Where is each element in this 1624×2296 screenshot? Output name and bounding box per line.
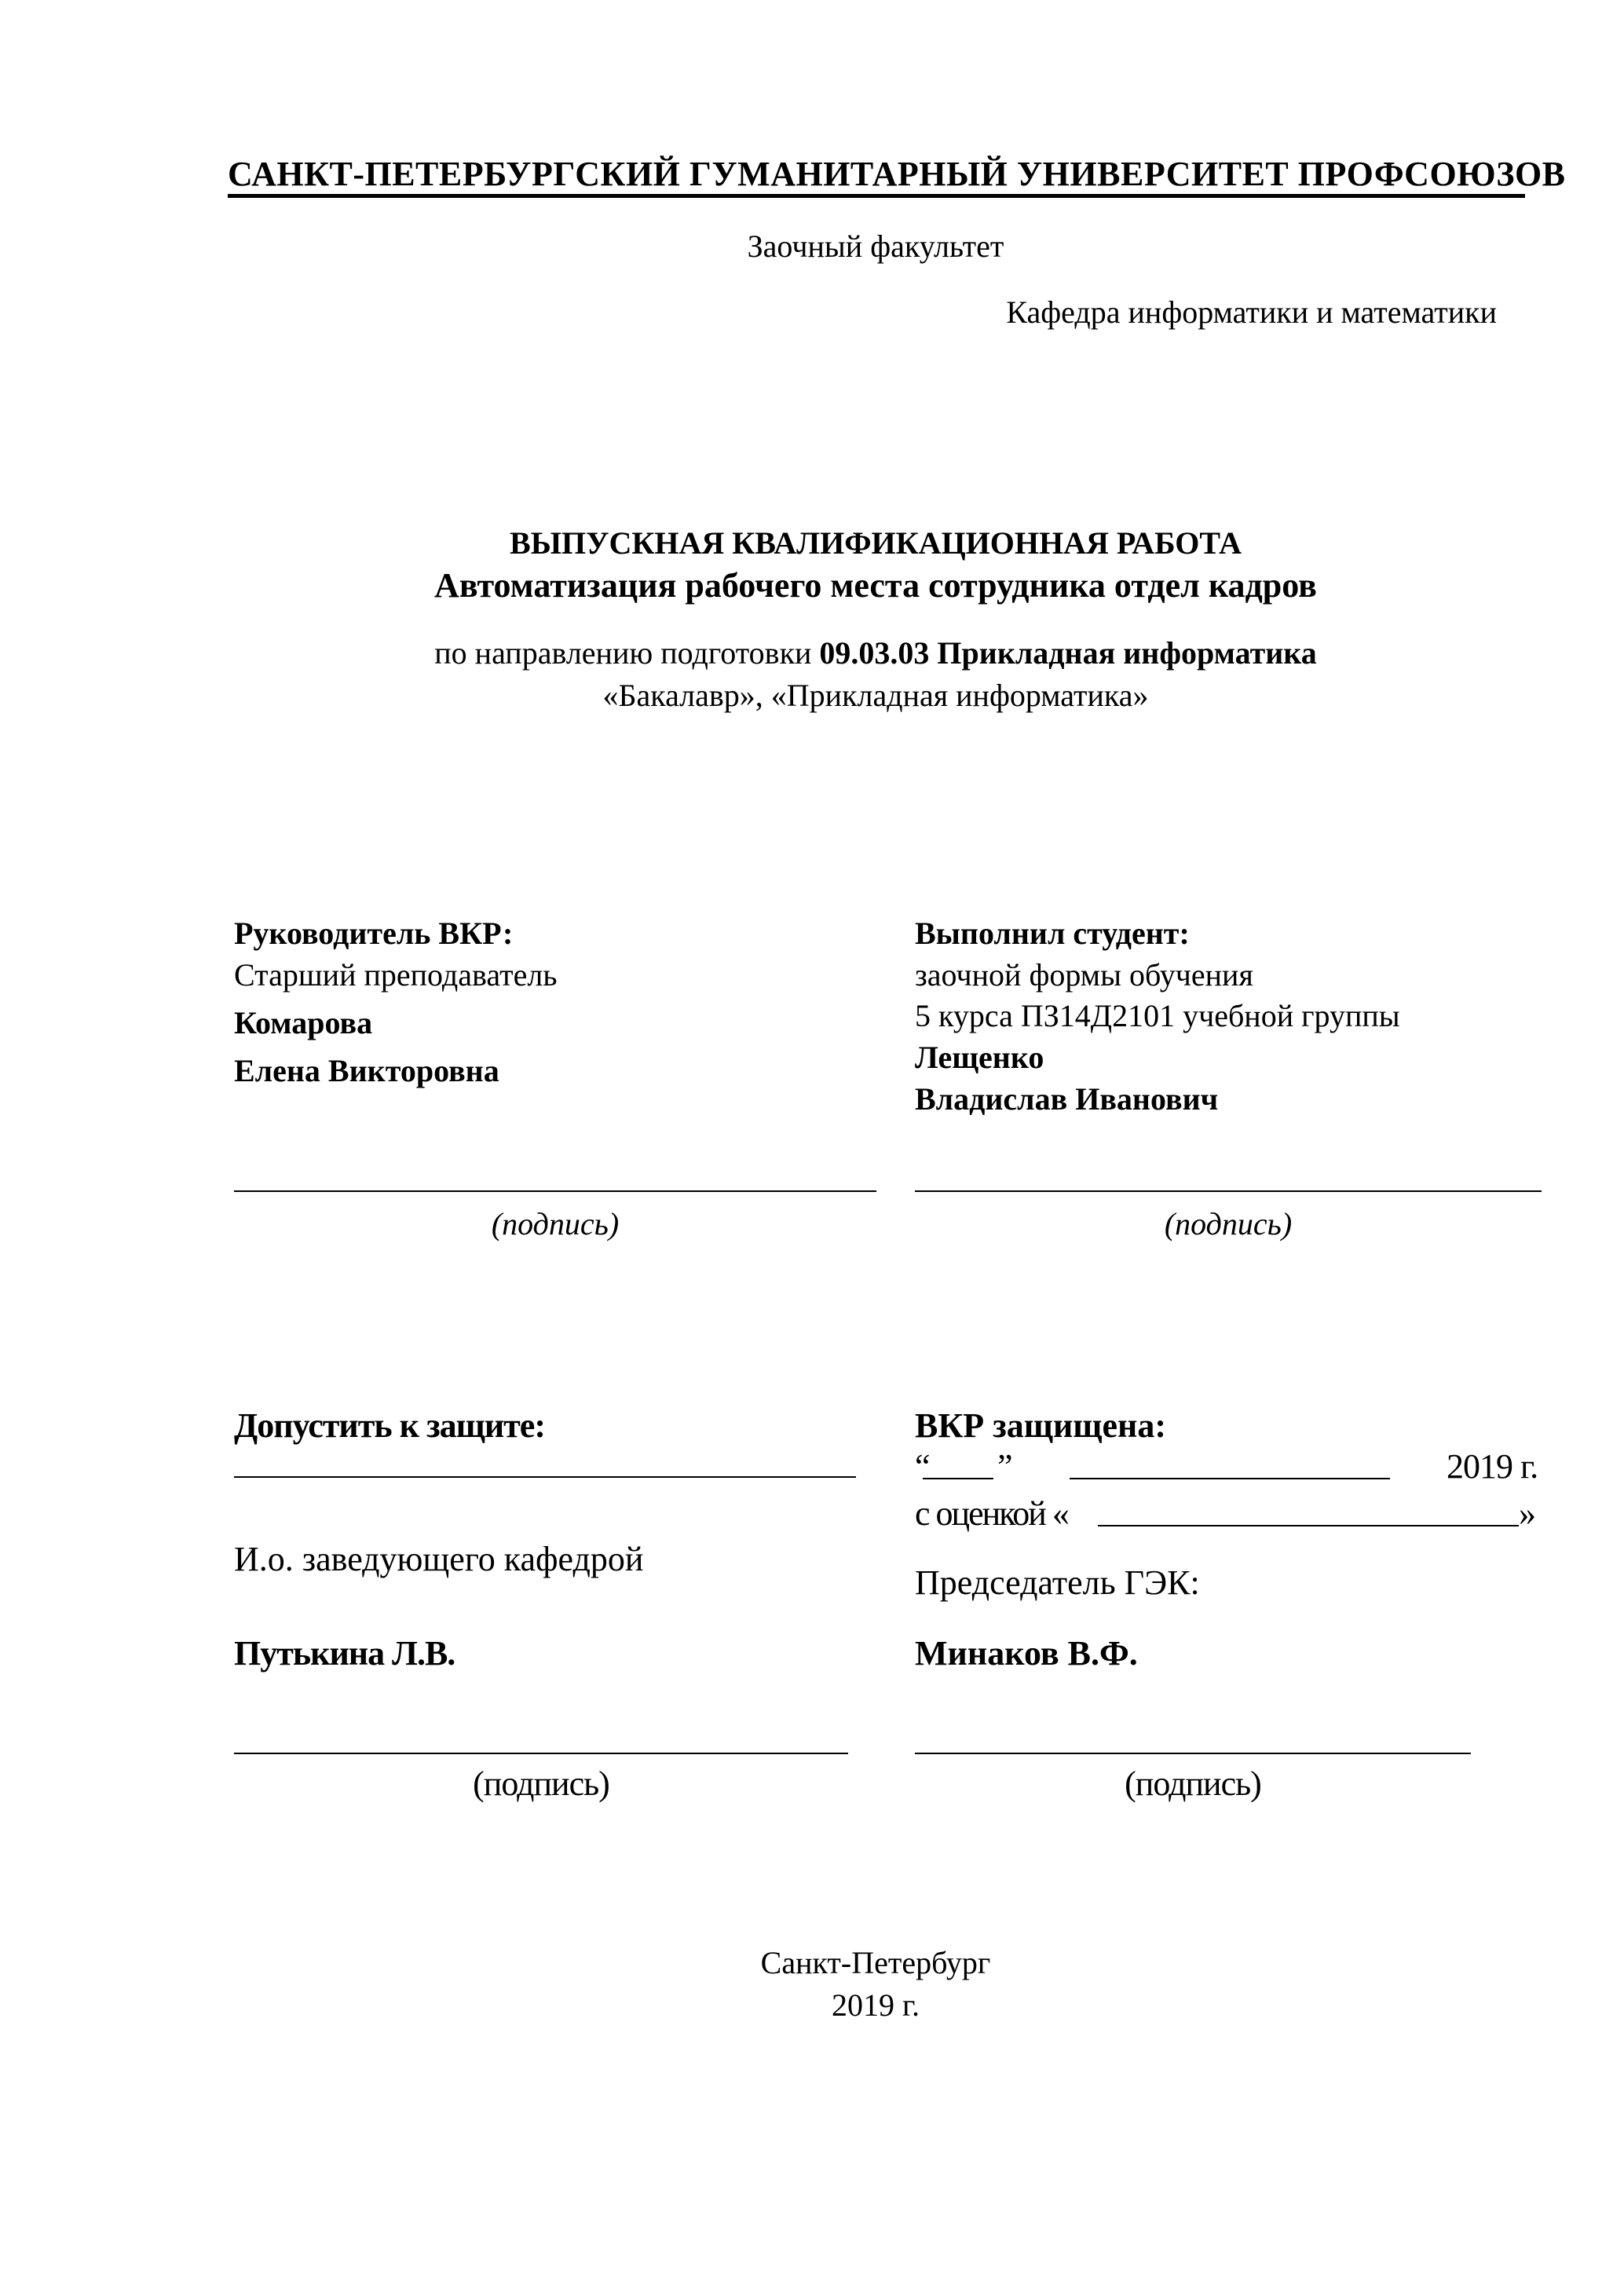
supervisor-heading: Руководитель ВКР:	[234, 915, 513, 952]
admission-person: Путькина Л.В.	[234, 1633, 455, 1673]
work-type: ВЫПУСКНАЯ КВАЛИФИКАЦИОННАЯ РАБОТА	[0, 525, 1624, 561]
thesis-topic: Автоматизация рабочего места сотрудника …	[0, 565, 1624, 605]
defense-grade-prefix: с оценкой «	[915, 1493, 1068, 1534]
student-signature-field[interactable]	[915, 1190, 1542, 1192]
supervisor-signature-field[interactable]	[234, 1190, 876, 1192]
defense-grade-suffix: »	[1519, 1493, 1536, 1534]
admission-field[interactable]	[234, 1476, 856, 1478]
city: Санкт-Петербург	[0, 1944, 1624, 1981]
student-form: заочной формы обучения	[915, 956, 1253, 993]
student-surname: Лещенко	[915, 1039, 1044, 1076]
direction-code: 09.03.03 Прикладная информатика	[819, 635, 1316, 671]
admission-signature-label: (подпись)	[234, 1764, 848, 1804]
supervisor-signature-label: (подпись)	[234, 1205, 876, 1242]
defense-grade-field[interactable]	[1098, 1525, 1519, 1526]
student-heading: Выполнил студент:	[915, 915, 1190, 952]
defense-year: 2019 г.	[1447, 1446, 1538, 1486]
direction-prefix: по направлению подготовки	[434, 635, 819, 671]
university-name: САНКТ-ПЕТЕРБУРГСКИЙ ГУМАНИТАРНЫЙ УНИВЕРС…	[228, 154, 1523, 194]
defense-quote-open: “	[915, 1446, 931, 1486]
defense-day-field[interactable]	[923, 1478, 993, 1479]
student-signature-label: (подпись)	[915, 1205, 1542, 1242]
defense-heading: ВКР защищена:	[915, 1406, 1166, 1446]
direction-line: по направлению подготовки 09.03.03 Прикл…	[0, 634, 1624, 671]
chair-signature-field[interactable]	[915, 1753, 1471, 1754]
admission-role: И.о. заведующего кафедрой	[234, 1539, 643, 1579]
chair-signature-label: (подпись)	[915, 1764, 1471, 1804]
admission-signature-field[interactable]	[234, 1753, 848, 1754]
supervisor-surname: Комарова	[234, 1004, 372, 1041]
supervisor-position: Старший преподаватель	[234, 956, 558, 993]
year: 2019 г.	[0, 1987, 1624, 2024]
header-rule	[228, 194, 1525, 198]
defense-quote-close: ”	[997, 1446, 1013, 1486]
faculty-name: Заочный факультет	[0, 228, 1624, 265]
chair-person: Минаков В.Ф.	[915, 1633, 1138, 1673]
student-name: Владислав Иванович	[915, 1080, 1218, 1117]
profile-line: «Бакалавр», «Прикладная информатика»	[0, 677, 1624, 714]
defense-month-field[interactable]	[1070, 1478, 1390, 1479]
supervisor-name: Елена Викторовна	[234, 1052, 499, 1089]
admission-heading: Допустить к защите:	[234, 1406, 545, 1446]
department-name: Кафедра информатики и математики	[1006, 294, 1497, 331]
student-group: 5 курса ПЗ14Д2101 учебной группы	[915, 997, 1400, 1034]
chair-role: Председатель ГЭК:	[915, 1563, 1200, 1603]
